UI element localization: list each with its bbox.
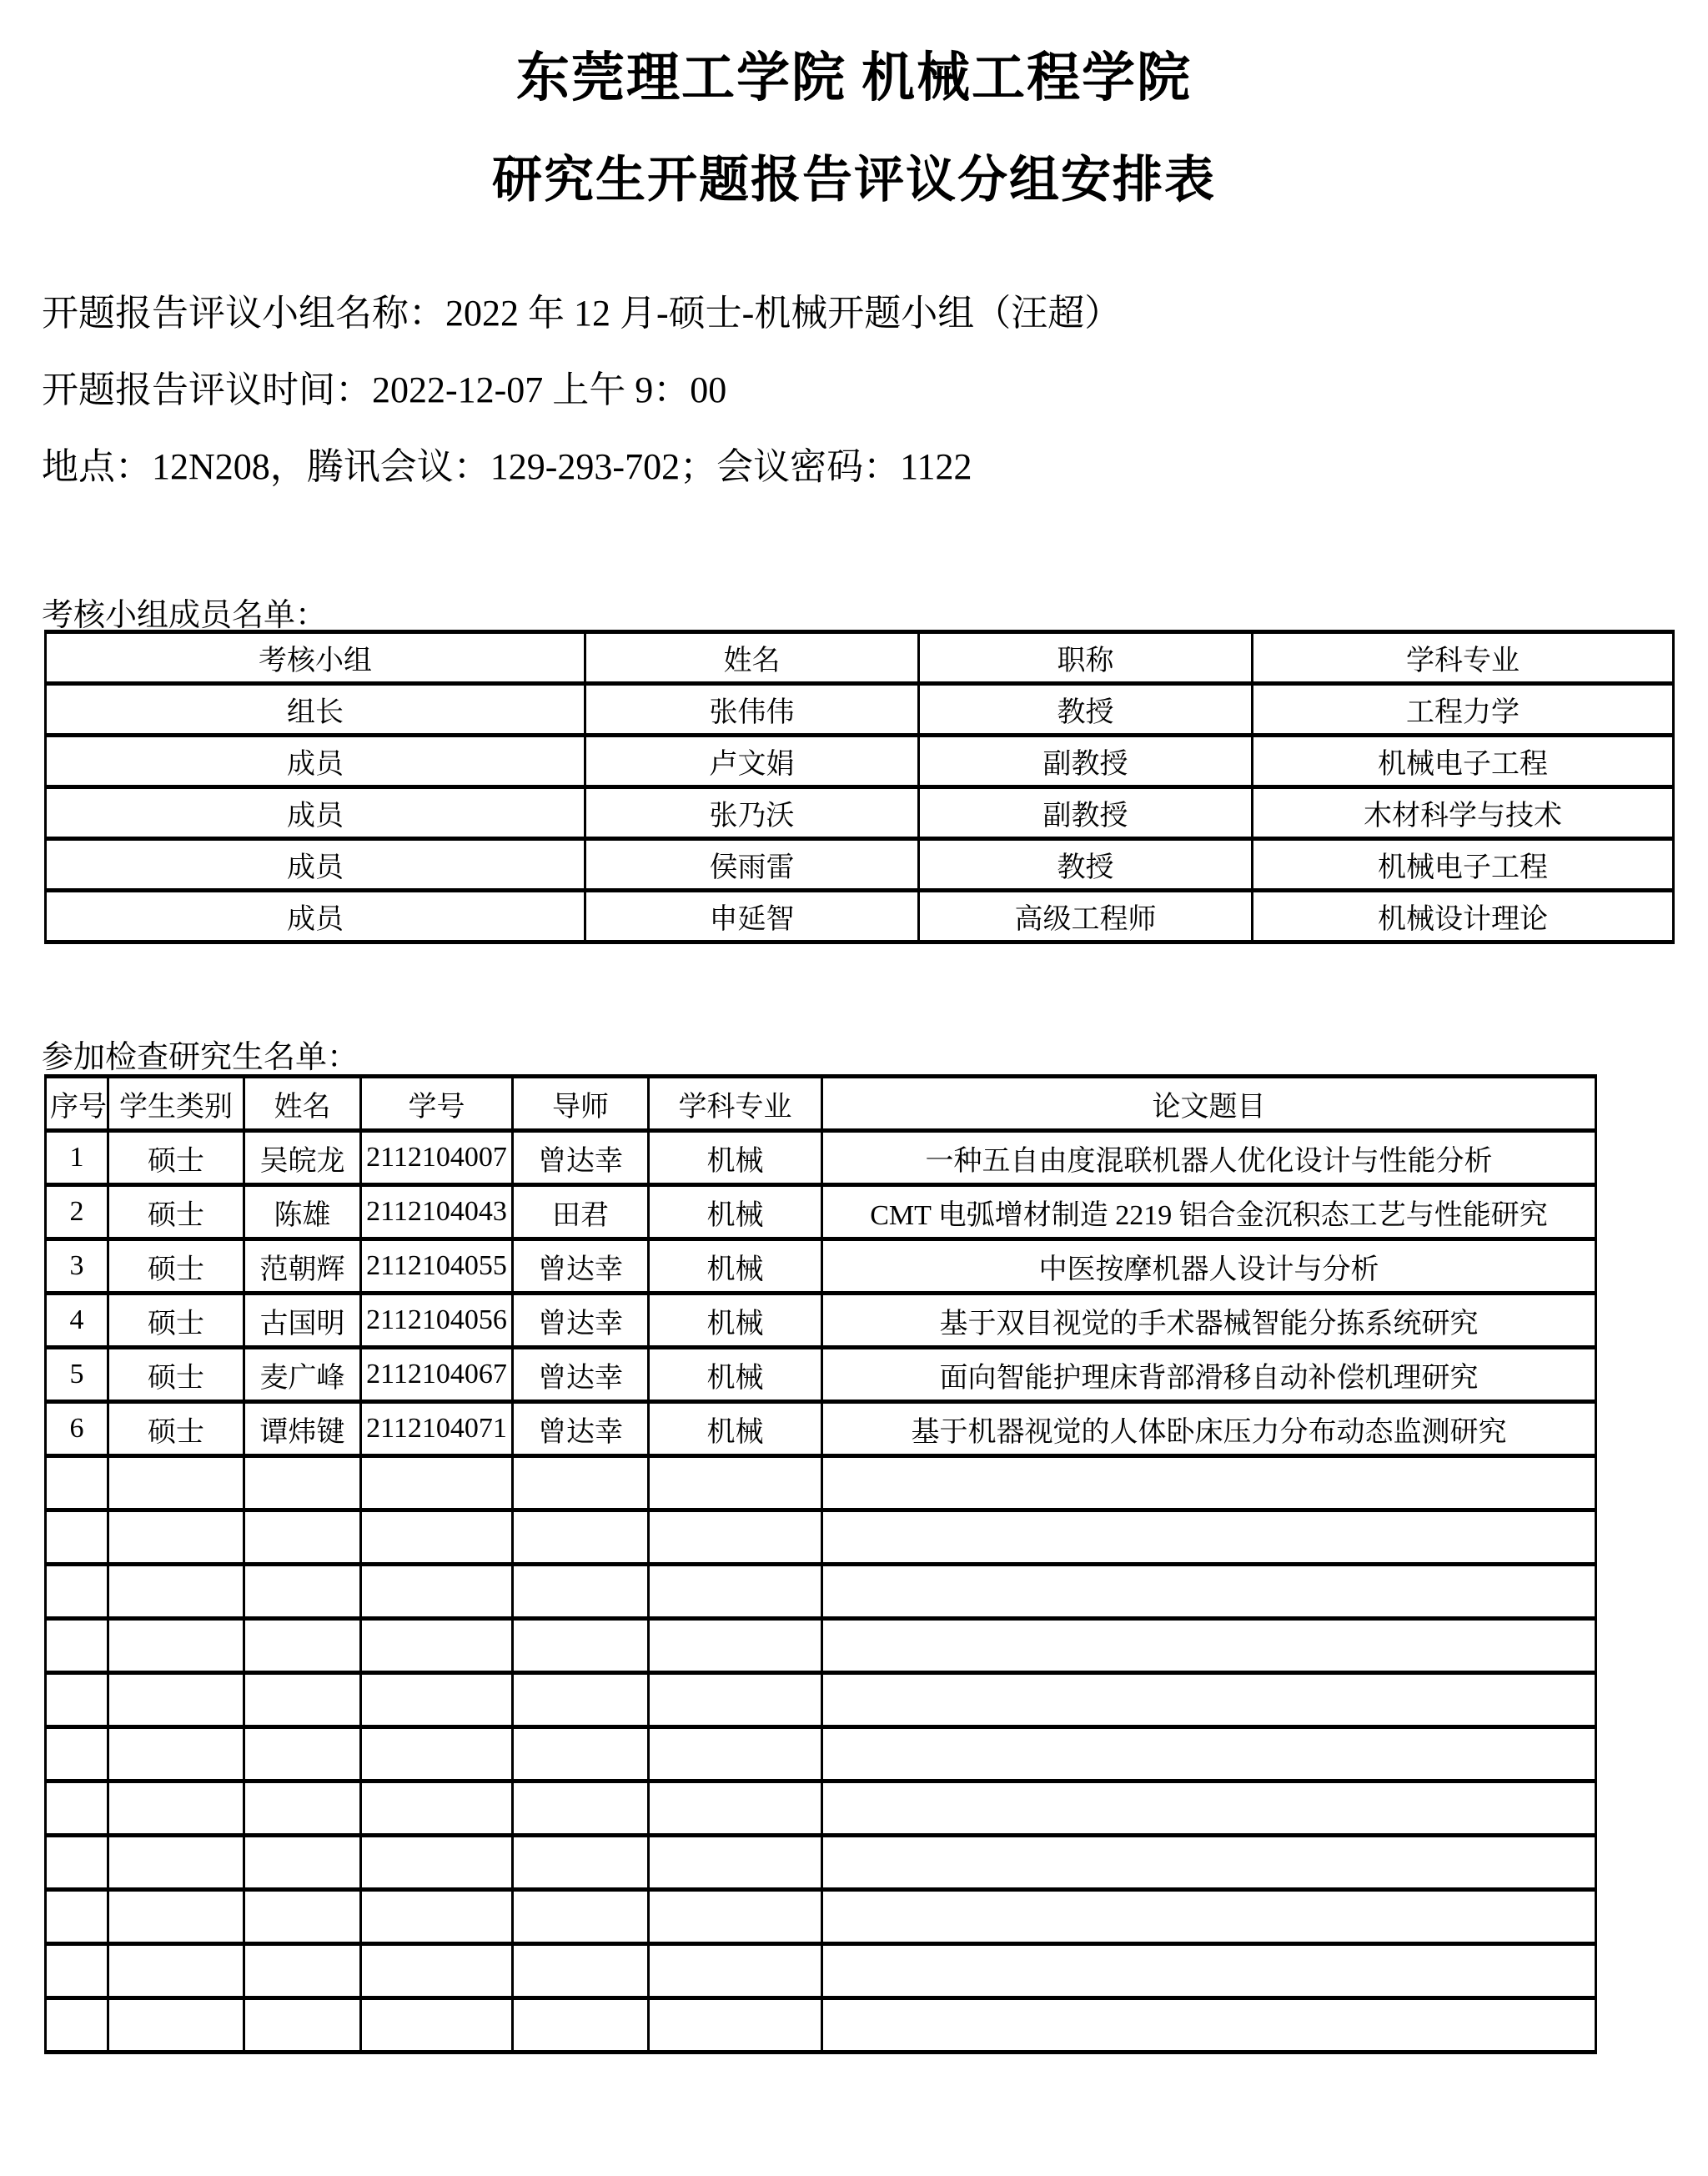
- committee-cell-name: 侯雨雷: [585, 839, 919, 891]
- empty-cell: [46, 1782, 108, 1836]
- empty-cell: [361, 1727, 513, 1782]
- students-header-cell-index: 序号: [46, 1077, 108, 1131]
- student-cell-index: 2: [46, 1185, 108, 1239]
- student-cell-supervisor: 田君: [513, 1185, 649, 1239]
- student-cell-major: 机械: [649, 1131, 822, 1185]
- empty-cell: [649, 1673, 822, 1727]
- student-cell-thesis: 一种五自由度混联机器人优化设计与性能分析: [822, 1131, 1596, 1185]
- students-empty-rows: [46, 1456, 1596, 2053]
- student-cell-category: 硕士: [108, 1131, 244, 1185]
- empty-cell: [108, 1456, 244, 1510]
- student-cell-thesis: 基于机器视觉的人体卧床压力分布动态监测研究: [822, 1402, 1596, 1456]
- student-cell-name: 吴皖龙: [244, 1131, 361, 1185]
- empty-cell: [244, 1673, 361, 1727]
- committee-cell-role: 成员: [46, 787, 585, 839]
- empty-cell: [361, 1565, 513, 1619]
- committee-cell-role: 成员: [46, 736, 585, 787]
- empty-cell: [513, 1565, 649, 1619]
- empty-cell: [822, 1836, 1596, 1890]
- students-header-cell-id: 学号: [361, 1077, 513, 1131]
- empty-cell: [108, 1998, 244, 2053]
- student-cell-major: 机械: [649, 1185, 822, 1239]
- student-cell-major: 机械: [649, 1348, 822, 1402]
- empty-cell: [513, 1890, 649, 1944]
- empty-table-row: [46, 1456, 1596, 1510]
- empty-cell: [244, 1890, 361, 1944]
- committee-cell-title: 副教授: [919, 787, 1253, 839]
- empty-cell: [822, 1890, 1596, 1944]
- empty-cell: [108, 1565, 244, 1619]
- empty-cell: [822, 1782, 1596, 1836]
- empty-cell: [649, 1890, 822, 1944]
- student-cell-name: 古国明: [244, 1294, 361, 1348]
- student-cell-supervisor: 曾达幸: [513, 1131, 649, 1185]
- empty-cell: [46, 1565, 108, 1619]
- student-cell-major: 机械: [649, 1239, 822, 1294]
- empty-cell: [361, 1456, 513, 1510]
- committee-cell-title: 副教授: [919, 736, 1253, 787]
- info-line-group-name: 开题报告评议小组名称：2022 年 12 月-硕士-机械开题小组（汪超）: [42, 294, 1121, 334]
- student-cell-name: 陈雄: [244, 1185, 361, 1239]
- page-subtitle: 研究生开题报告评议分组安排表: [0, 140, 1708, 212]
- committee-cell-name: 张乃沃: [585, 787, 919, 839]
- empty-cell: [46, 1619, 108, 1673]
- table-row: 3 硕士 范朝辉 2112104055 曾达幸 机械 中医按摩机器人设计与分析: [46, 1239, 1596, 1294]
- empty-cell: [513, 1456, 649, 1510]
- empty-cell: [513, 1836, 649, 1890]
- empty-cell: [361, 1782, 513, 1836]
- page-title: 东莞理工学院 机械工程学院: [0, 35, 1708, 112]
- committee-cell-name: 张伟伟: [585, 684, 919, 736]
- empty-cell: [649, 1619, 822, 1673]
- student-cell-supervisor: 曾达幸: [513, 1348, 649, 1402]
- empty-cell: [108, 1890, 244, 1944]
- student-cell-index: 5: [46, 1348, 108, 1402]
- student-cell-category: 硕士: [108, 1348, 244, 1402]
- committee-cell-major: 机械设计理论: [1253, 891, 1674, 942]
- student-cell-supervisor: 曾达幸: [513, 1239, 649, 1294]
- committee-cell-name: 卢文娟: [585, 736, 919, 787]
- students-header-cell-name: 姓名: [244, 1077, 361, 1131]
- empty-cell: [46, 1890, 108, 1944]
- empty-cell: [46, 1510, 108, 1565]
- empty-cell: [244, 1727, 361, 1782]
- empty-cell: [244, 1944, 361, 1998]
- committee-cell-title: 高级工程师: [919, 891, 1253, 942]
- empty-cell: [244, 1565, 361, 1619]
- table-row: 5 硕士 麦广峰 2112104067 曾达幸 机械 面向智能护理床背部滑移自动…: [46, 1348, 1596, 1402]
- empty-table-row: [46, 1619, 1596, 1673]
- empty-cell: [513, 1944, 649, 1998]
- committee-cell-role: 组长: [46, 684, 585, 736]
- committee-cell-role: 成员: [46, 891, 585, 942]
- empty-cell: [822, 1456, 1596, 1510]
- empty-cell: [108, 1619, 244, 1673]
- student-cell-index: 6: [46, 1402, 108, 1456]
- committee-header-row: 考核小组 姓名 职称 学科专业: [46, 632, 1674, 684]
- student-cell-category: 硕士: [108, 1294, 244, 1348]
- student-cell-major: 机械: [649, 1402, 822, 1456]
- empty-cell: [649, 1456, 822, 1510]
- students-header-cell-supervisor: 导师: [513, 1077, 649, 1131]
- students-header-cell-major: 学科专业: [649, 1077, 822, 1131]
- empty-table-row: [46, 1510, 1596, 1565]
- committee-cell-title: 教授: [919, 839, 1253, 891]
- committee-cell-major: 机械电子工程: [1253, 839, 1674, 891]
- empty-cell: [361, 1890, 513, 1944]
- committee-table: 考核小组 姓名 职称 学科专业 组长 张伟伟 教授 工程力学 成员 卢文娟 副教…: [44, 630, 1675, 944]
- empty-cell: [822, 1673, 1596, 1727]
- empty-table-row: [46, 1944, 1596, 1998]
- empty-cell: [46, 1944, 108, 1998]
- empty-cell: [46, 1456, 108, 1510]
- empty-table-row: [46, 1565, 1596, 1619]
- committee-cell-title: 教授: [919, 684, 1253, 736]
- empty-table-row: [46, 1836, 1596, 1890]
- student-cell-supervisor: 曾达幸: [513, 1294, 649, 1348]
- empty-cell: [244, 1836, 361, 1890]
- committee-header-cell-name: 姓名: [585, 632, 919, 684]
- students-header-cell-thesis: 论文题目: [822, 1077, 1596, 1131]
- empty-table-row: [46, 1890, 1596, 1944]
- student-cell-category: 硕士: [108, 1239, 244, 1294]
- table-row: 成员 申延智 高级工程师 机械设计理论: [46, 891, 1674, 942]
- empty-table-row: [46, 1998, 1596, 2053]
- student-cell-thesis: CMT 电弧增材制造 2219 铝合金沉积态工艺与性能研究: [822, 1185, 1596, 1239]
- empty-cell: [361, 1836, 513, 1890]
- empty-cell: [649, 1565, 822, 1619]
- empty-cell: [244, 1782, 361, 1836]
- empty-cell: [649, 1944, 822, 1998]
- student-cell-supervisor: 曾达幸: [513, 1402, 649, 1456]
- empty-cell: [822, 1510, 1596, 1565]
- empty-cell: [822, 1565, 1596, 1619]
- empty-cell: [649, 1836, 822, 1890]
- table-row: 组长 张伟伟 教授 工程力学: [46, 684, 1674, 736]
- empty-cell: [822, 1727, 1596, 1782]
- empty-cell: [108, 1510, 244, 1565]
- students-filled-rows: 序号 学生类别 姓名 学号 导师 学科专业 论文题目 1 硕士 吴皖龙 2112…: [46, 1077, 1596, 1456]
- empty-cell: [108, 1673, 244, 1727]
- empty-cell: [513, 1998, 649, 2053]
- empty-table-row: [46, 1673, 1596, 1727]
- committee-cell-major: 机械电子工程: [1253, 736, 1674, 787]
- student-cell-id: 2112104043: [361, 1185, 513, 1239]
- empty-cell: [361, 1510, 513, 1565]
- empty-cell: [46, 1836, 108, 1890]
- student-cell-id: 2112104071: [361, 1402, 513, 1456]
- student-cell-name: 谭炜键: [244, 1402, 361, 1456]
- empty-cell: [822, 1619, 1596, 1673]
- table-row: 成员 侯雨雷 教授 机械电子工程: [46, 839, 1674, 891]
- empty-cell: [244, 1998, 361, 2053]
- table-row: 4 硕士 古国明 2112104056 曾达幸 机械 基于双目视觉的手术器械智能…: [46, 1294, 1596, 1348]
- student-cell-id: 2112104067: [361, 1348, 513, 1402]
- info-line-review-time: 开题报告评议时间：2022-12-07 上午 9：00: [42, 370, 726, 410]
- student-cell-index: 1: [46, 1131, 108, 1185]
- empty-cell: [822, 1998, 1596, 2053]
- empty-cell: [822, 1944, 1596, 1998]
- empty-cell: [649, 1998, 822, 2053]
- students-section-label: 参加检查研究生名单：: [42, 1031, 359, 1077]
- empty-cell: [513, 1619, 649, 1673]
- table-row: 成员 张乃沃 副教授 木材科学与技术: [46, 787, 1674, 839]
- student-cell-name: 范朝辉: [244, 1239, 361, 1294]
- empty-cell: [649, 1510, 822, 1565]
- committee-cell-name: 申延智: [585, 891, 919, 942]
- student-cell-category: 硕士: [108, 1185, 244, 1239]
- empty-cell: [361, 1673, 513, 1727]
- committee-cell-major: 木材科学与技术: [1253, 787, 1674, 839]
- empty-cell: [361, 1619, 513, 1673]
- empty-cell: [513, 1510, 649, 1565]
- students-header-cell-category: 学生类别: [108, 1077, 244, 1131]
- empty-cell: [108, 1836, 244, 1890]
- student-cell-thesis: 中医按摩机器人设计与分析: [822, 1239, 1596, 1294]
- student-cell-name: 麦广峰: [244, 1348, 361, 1402]
- empty-cell: [244, 1510, 361, 1565]
- empty-cell: [649, 1727, 822, 1782]
- table-row: 成员 卢文娟 副教授 机械电子工程: [46, 736, 1674, 787]
- students-table: 序号 学生类别 姓名 学号 导师 学科专业 论文题目 1 硕士 吴皖龙 2112…: [44, 1074, 1597, 2054]
- student-cell-index: 4: [46, 1294, 108, 1348]
- table-row: 2 硕士 陈雄 2112104043 田君 机械 CMT 电弧增材制造 2219…: [46, 1185, 1596, 1239]
- empty-cell: [649, 1782, 822, 1836]
- empty-cell: [46, 1998, 108, 2053]
- student-cell-id: 2112104055: [361, 1239, 513, 1294]
- empty-cell: [46, 1673, 108, 1727]
- empty-table-row: [46, 1782, 1596, 1836]
- students-header-row: 序号 学生类别 姓名 学号 导师 学科专业 论文题目: [46, 1077, 1596, 1131]
- table-row: 6 硕士 谭炜键 2112104071 曾达幸 机械 基于机器视觉的人体卧床压力…: [46, 1402, 1596, 1456]
- table-row: 1 硕士 吴皖龙 2112104007 曾达幸 机械 一种五自由度混联机器人优化…: [46, 1131, 1596, 1185]
- student-cell-thesis: 面向智能护理床背部滑移自动补偿机理研究: [822, 1348, 1596, 1402]
- empty-cell: [513, 1782, 649, 1836]
- document-page: 东莞理工学院 机械工程学院 研究生开题报告评议分组安排表 开题报告评议小组名称：…: [0, 0, 1708, 2176]
- empty-cell: [244, 1456, 361, 1510]
- empty-cell: [513, 1727, 649, 1782]
- empty-cell: [46, 1727, 108, 1782]
- student-cell-major: 机械: [649, 1294, 822, 1348]
- empty-cell: [244, 1619, 361, 1673]
- committee-cell-role: 成员: [46, 839, 585, 891]
- empty-cell: [108, 1727, 244, 1782]
- committee-header-cell-major: 学科专业: [1253, 632, 1674, 684]
- student-cell-id: 2112104007: [361, 1131, 513, 1185]
- empty-cell: [361, 1998, 513, 2053]
- empty-cell: [108, 1944, 244, 1998]
- student-cell-thesis: 基于双目视觉的手术器械智能分拣系统研究: [822, 1294, 1596, 1348]
- student-cell-id: 2112104056: [361, 1294, 513, 1348]
- empty-cell: [108, 1782, 244, 1836]
- committee-header-cell-title: 职称: [919, 632, 1253, 684]
- empty-cell: [513, 1673, 649, 1727]
- student-cell-index: 3: [46, 1239, 108, 1294]
- empty-table-row: [46, 1727, 1596, 1782]
- committee-header-cell-role: 考核小组: [46, 632, 585, 684]
- info-line-location: 地点：12N208，腾讯会议：129-293-702；会议密码：1122: [42, 447, 972, 487]
- committee-cell-major: 工程力学: [1253, 684, 1674, 736]
- committee-section-label: 考核小组成员名单：: [42, 589, 327, 635]
- student-cell-category: 硕士: [108, 1402, 244, 1456]
- empty-cell: [361, 1944, 513, 1998]
